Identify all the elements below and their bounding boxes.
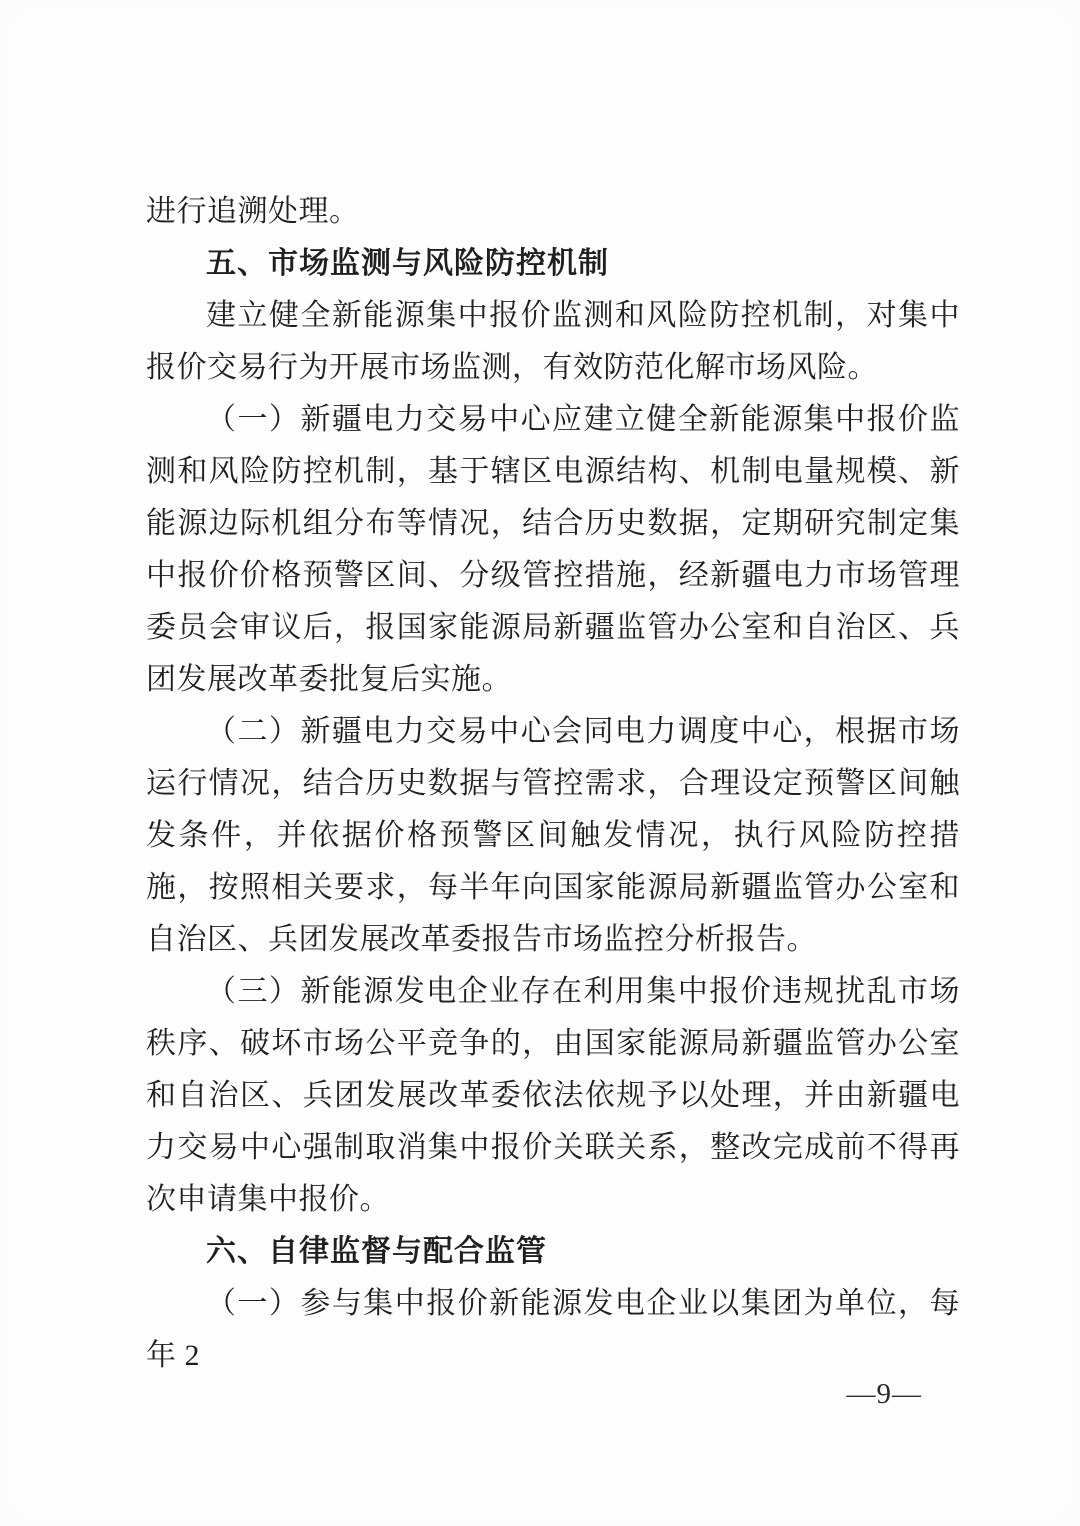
page-number: —9— bbox=[847, 1378, 923, 1411]
document-page: 进行追溯处理。 五、市场监测与风险防控机制 建立健全新能源集中报价监测和风险防控… bbox=[0, 0, 1080, 1526]
paragraph-section5-item3: （三）新能源发电企业存在利用集中报价违规扰乱市场秩序、破坏市场公平竞争的，由国家… bbox=[146, 966, 960, 1226]
document-body: 进行追溯处理。 五、市场监测与风险防控机制 建立健全新能源集中报价监测和风险防控… bbox=[146, 186, 960, 1382]
paragraph-section5-item1: （一）新疆电力交易中心应建立健全新能源集中报价监测和风险防控机制，基于辖区电源结… bbox=[146, 394, 960, 706]
paragraph-section6-item1: （一）参与集中报价新能源发电企业以集团为单位，每年 2 bbox=[146, 1278, 960, 1382]
paragraph-continuation: 进行追溯处理。 bbox=[146, 186, 960, 238]
section-heading-6: 六、自律监督与配合监管 bbox=[146, 1226, 960, 1278]
paragraph-section5-item2: （二）新疆电力交易中心会同电力调度中心，根据市场运行情况，结合历史数据与管控需求… bbox=[146, 706, 960, 966]
section-heading-5: 五、市场监测与风险防控机制 bbox=[146, 238, 960, 290]
paragraph-section5-intro: 建立健全新能源集中报价监测和风险防控机制，对集中报价交易行为开展市场监测，有效防… bbox=[146, 290, 960, 394]
